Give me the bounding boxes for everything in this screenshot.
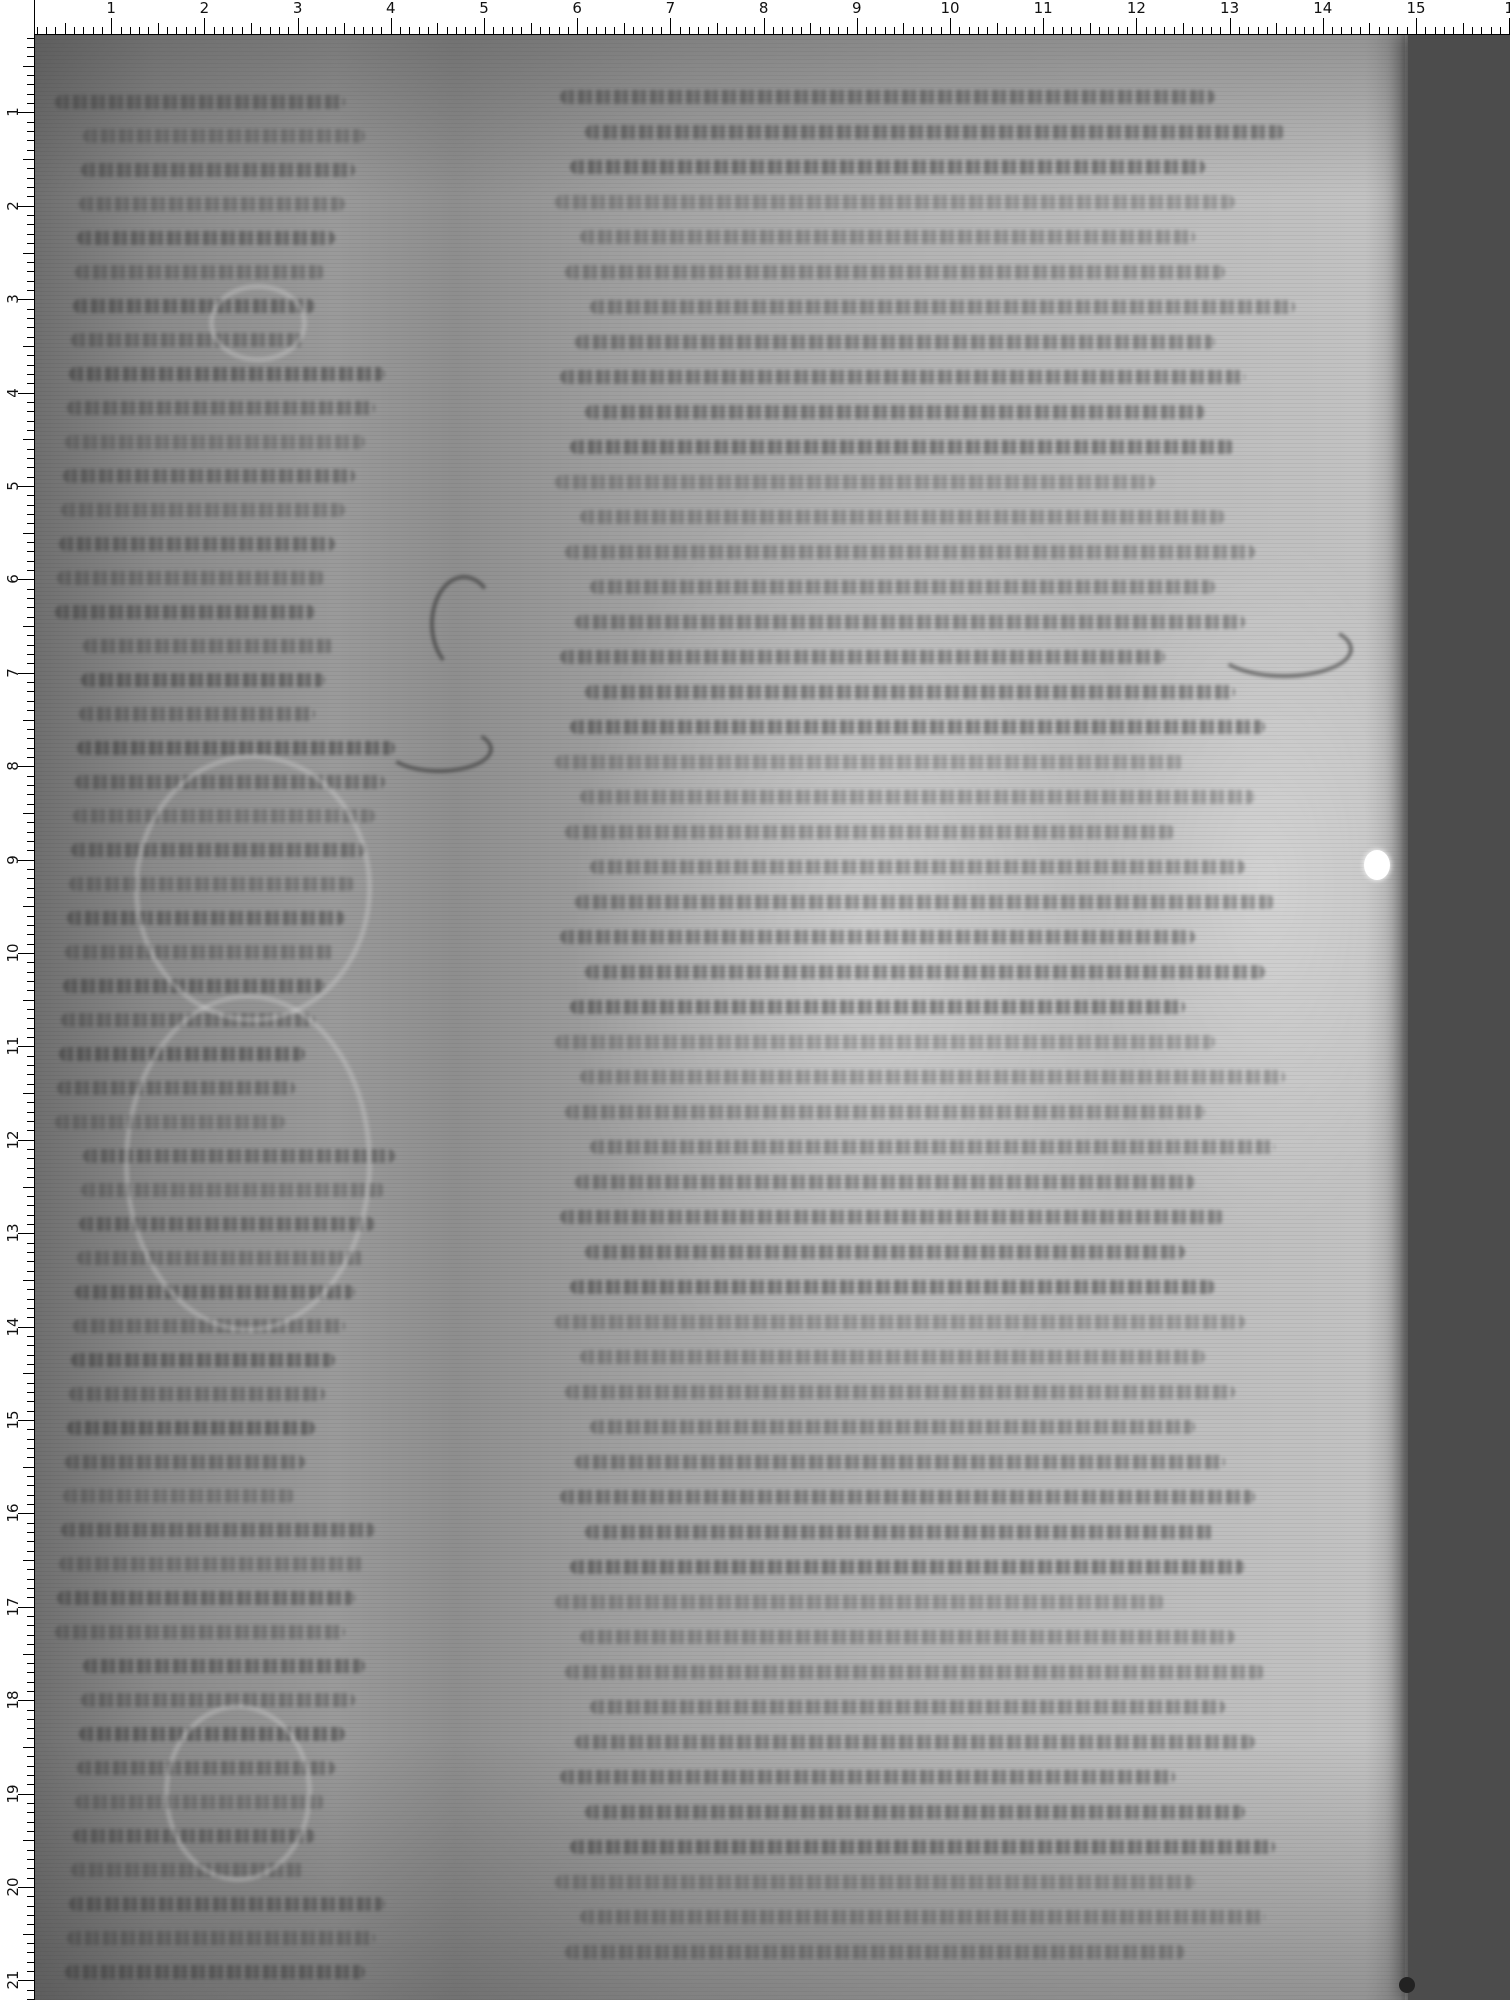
ruler-tick xyxy=(540,27,541,34)
handwritten-line xyxy=(570,440,1235,454)
ruler-tick xyxy=(1258,27,1259,34)
handwritten-line xyxy=(560,930,1195,944)
ruler-tick xyxy=(270,27,271,34)
handwritten-line xyxy=(57,1591,355,1605)
ruler-tick xyxy=(27,738,34,739)
ruler-tick xyxy=(1127,27,1128,34)
ruler-tick xyxy=(27,710,34,711)
ruler-tick xyxy=(27,1009,34,1010)
ruler-label: 4 xyxy=(5,382,21,404)
ruler-tick xyxy=(1034,27,1035,34)
handwritten-line xyxy=(575,615,1245,629)
ruler-tick xyxy=(782,27,783,34)
dark-dot-marker xyxy=(1399,1977,1415,1993)
ruler-tick xyxy=(27,38,34,39)
ruler-tick xyxy=(27,523,34,524)
ruler-tick xyxy=(866,27,867,34)
handwritten-line xyxy=(590,580,1215,594)
ruler-tick xyxy=(27,1065,34,1066)
ruler-tick xyxy=(27,262,34,263)
ruler-tick xyxy=(23,346,34,347)
ruler-tick xyxy=(27,1812,34,1813)
ruler-tick xyxy=(27,1728,34,1729)
ruler-tick xyxy=(242,27,243,34)
ruler-tick xyxy=(27,1485,34,1486)
ruler-tick xyxy=(23,813,34,814)
ruler-tick xyxy=(27,1448,34,1449)
ruler-tick xyxy=(23,1467,34,1468)
ruler-tick xyxy=(298,18,299,34)
ruler-tick xyxy=(27,75,34,76)
ruler-tick xyxy=(27,925,34,926)
ruler-tick xyxy=(680,27,681,34)
ruler-tick xyxy=(27,934,34,935)
ruler-tick xyxy=(1220,27,1221,34)
handwritten-line xyxy=(580,1350,1205,1364)
ruler-tick xyxy=(27,1261,34,1262)
ruler-tick xyxy=(27,94,34,95)
ruler-tick xyxy=(27,1822,34,1823)
ruler-tick xyxy=(27,1644,34,1645)
ruler-tick xyxy=(27,47,34,48)
ruler-tick xyxy=(27,402,34,403)
ruler-tick xyxy=(27,281,34,282)
ruler-tick xyxy=(130,27,131,34)
ruler-tick xyxy=(27,122,34,123)
ruler-tick xyxy=(1500,27,1501,34)
ruler-tick xyxy=(903,23,904,34)
ruler-tick xyxy=(493,27,494,34)
horizontal-ruler: 01234567891011121314151 xyxy=(0,0,1510,35)
ruler-tick xyxy=(27,140,34,141)
ruler-tick xyxy=(27,617,34,618)
ruler-tick xyxy=(27,654,34,655)
ruler-tick xyxy=(27,514,34,515)
handwritten-line xyxy=(555,1595,1165,1609)
handwritten-line xyxy=(570,1000,1185,1014)
handwritten-line xyxy=(77,231,335,245)
ruler-tick xyxy=(27,757,34,758)
handwritten-line xyxy=(585,685,1235,699)
ruler-tick xyxy=(260,27,261,34)
ruler-label: 11 xyxy=(1034,0,1053,16)
ruler-tick xyxy=(568,27,569,34)
ruler-tick xyxy=(1015,27,1016,34)
handwritten-line xyxy=(79,707,315,721)
ruler-tick xyxy=(27,1710,34,1711)
ruler-tick xyxy=(549,27,550,34)
ruler-tick xyxy=(195,27,196,34)
ruler-tick xyxy=(1491,27,1492,34)
ruler-tick xyxy=(1388,27,1389,34)
ruler-tick xyxy=(1286,27,1287,34)
ruler-tick xyxy=(1332,27,1333,34)
ruler-tick xyxy=(1369,23,1370,34)
handwritten-line xyxy=(575,1735,1255,1749)
ruler-tick xyxy=(1453,27,1454,34)
ruler-label: 1 xyxy=(1504,0,1510,16)
ruler-tick xyxy=(27,1878,34,1879)
ruler-tick xyxy=(176,27,177,34)
ruler-tick xyxy=(754,27,755,34)
handwritten-line xyxy=(81,673,325,687)
ruler-label: 11 xyxy=(5,1035,21,1057)
ruler-tick xyxy=(27,1756,34,1757)
handwritten-line xyxy=(83,639,335,653)
handwritten-line xyxy=(67,1421,315,1435)
ruler-tick xyxy=(27,337,34,338)
ruler-tick xyxy=(158,23,159,34)
ruler-tick xyxy=(1043,18,1044,34)
ruler-tick xyxy=(577,18,578,34)
ruler-label: 15 xyxy=(1406,0,1425,16)
ruler-label: 8 xyxy=(5,755,21,777)
ruler-tick xyxy=(27,729,34,730)
ruler-tick xyxy=(307,27,308,34)
ruler-tick xyxy=(587,27,588,34)
ghost-letterform-1 xyxy=(210,285,306,361)
ruler-tick xyxy=(27,645,34,646)
reflection-spot xyxy=(1364,850,1390,880)
ruler-tick xyxy=(745,27,746,34)
ruler-tick xyxy=(27,411,34,412)
ruler-tick xyxy=(456,27,457,34)
ruler-label: 16 xyxy=(5,1502,21,1524)
handwritten-line xyxy=(585,1245,1185,1259)
ruler-label: 2 xyxy=(200,0,210,16)
ruler-tick xyxy=(27,1803,34,1804)
ruler-tick xyxy=(23,1093,34,1094)
ruler-tick xyxy=(23,533,34,534)
ruler-tick xyxy=(372,27,373,34)
handwritten-line xyxy=(570,1560,1245,1574)
ruler-tick xyxy=(27,1551,34,1552)
handwritten-line xyxy=(585,405,1205,419)
ruler-tick xyxy=(27,290,34,291)
ruler-tick xyxy=(428,27,429,34)
ruler-tick xyxy=(801,27,802,34)
ruler-tick xyxy=(37,27,38,34)
ruler-tick xyxy=(23,1373,34,1374)
ruler-tick xyxy=(708,27,709,34)
ruler-tick xyxy=(23,159,34,160)
ruler-tick xyxy=(633,27,634,34)
ruler-tick xyxy=(27,561,34,562)
handwritten-line xyxy=(560,90,1215,104)
ruler-tick xyxy=(27,1532,34,1533)
ruler-tick xyxy=(1025,27,1026,34)
ghost-letterform-4 xyxy=(165,1705,311,1881)
ruler-tick xyxy=(1174,27,1175,34)
ruler-tick xyxy=(27,1383,34,1384)
ruler-tick xyxy=(27,1289,34,1290)
ruler-tick xyxy=(1425,27,1426,34)
handwritten-line xyxy=(560,1490,1255,1504)
ruler-tick xyxy=(27,1663,34,1664)
ruler-tick xyxy=(27,1439,34,1440)
ruler-tick xyxy=(27,981,34,982)
ruler-tick xyxy=(204,18,205,34)
ruler-label: 18 xyxy=(5,1689,21,1711)
manuscript-scan xyxy=(35,35,1510,2000)
ruler-tick xyxy=(792,27,793,34)
handwritten-line xyxy=(555,1875,1195,1889)
handwritten-line xyxy=(565,545,1255,559)
handwritten-line xyxy=(575,1175,1195,1189)
ruler-tick xyxy=(27,1345,34,1346)
ruler-tick xyxy=(23,439,34,440)
handwritten-line xyxy=(565,1665,1265,1679)
ruler-tick xyxy=(27,804,34,805)
ruler-tick xyxy=(1239,27,1240,34)
handwritten-line xyxy=(590,1420,1195,1434)
ruler-tick xyxy=(27,944,34,945)
ruler-tick xyxy=(23,1187,34,1188)
ruler-tick xyxy=(1323,18,1324,34)
ruler-tick xyxy=(27,1037,34,1038)
ruler-tick xyxy=(596,27,597,34)
ruler-tick xyxy=(27,1784,34,1785)
ruler-tick xyxy=(484,18,485,34)
ruler-tick xyxy=(27,1084,34,1085)
handwritten-line xyxy=(61,503,345,517)
ruler-tick xyxy=(381,27,382,34)
ruler-tick xyxy=(1006,27,1007,34)
ruler-tick xyxy=(27,1495,34,1496)
handwritten-line xyxy=(81,163,355,177)
ruler-tick xyxy=(987,27,988,34)
ruler-tick xyxy=(847,27,848,34)
ruler-tick xyxy=(23,1654,34,1655)
ruler-label: 10 xyxy=(940,0,959,16)
ghost-letterform-2 xyxy=(135,755,371,1021)
ruler-tick xyxy=(1444,27,1445,34)
handwritten-line xyxy=(570,720,1265,734)
handwritten-line xyxy=(55,95,345,109)
ruler-tick xyxy=(475,27,476,34)
ruler-tick xyxy=(1080,27,1081,34)
ruler-tick xyxy=(810,23,811,34)
ruler-tick xyxy=(27,1952,34,1953)
handwritten-line xyxy=(63,1489,295,1503)
ruler-tick xyxy=(102,27,103,34)
handwritten-line xyxy=(590,300,1295,314)
ruler-tick xyxy=(1183,23,1184,34)
flourish-left-rubric xyxy=(385,725,493,773)
ruler-tick xyxy=(978,27,979,34)
ruler-tick xyxy=(27,1196,34,1197)
ruler-tick xyxy=(27,551,34,552)
ruler-tick xyxy=(27,383,34,384)
handwritten-line xyxy=(75,265,325,279)
ruler-tick xyxy=(23,1000,34,1001)
ruler-tick xyxy=(1463,23,1464,34)
ruler-tick xyxy=(670,18,671,34)
handwritten-line xyxy=(590,1700,1225,1714)
ruler-tick xyxy=(1136,18,1137,34)
handwritten-line xyxy=(565,1385,1235,1399)
ruler-label: 20 xyxy=(5,1876,21,1898)
ruler-tick xyxy=(27,1252,34,1253)
handwritten-line xyxy=(590,1140,1275,1154)
ruler-tick xyxy=(1407,27,1408,34)
ruler-tick xyxy=(27,1859,34,1860)
handwritten-line xyxy=(565,1105,1205,1119)
handwritten-line xyxy=(59,537,335,551)
ruler-tick xyxy=(465,27,466,34)
ruler-tick xyxy=(559,27,560,34)
ruler-tick xyxy=(27,748,34,749)
handwritten-line xyxy=(555,1315,1245,1329)
ruler-tick xyxy=(1248,27,1249,34)
ruler-tick xyxy=(922,27,923,34)
ruler-tick xyxy=(27,1102,34,1103)
ruler-tick xyxy=(27,1130,34,1131)
ruler-label: 15 xyxy=(5,1409,21,1431)
ruler-tick xyxy=(27,1411,34,1412)
ruler-tick xyxy=(1146,27,1147,34)
ruler-tick xyxy=(27,916,34,917)
ruler-tick xyxy=(335,27,336,34)
ruler-label: 13 xyxy=(5,1222,21,1244)
ruler-corner xyxy=(0,0,34,34)
ruler-tick xyxy=(354,27,355,34)
ruler-tick xyxy=(27,663,34,664)
ruler-tick xyxy=(363,27,364,34)
ruler-tick xyxy=(27,150,34,151)
ruler-tick xyxy=(27,196,34,197)
ruler-tick xyxy=(23,66,34,67)
handwritten-line xyxy=(57,571,325,585)
ruler-tick xyxy=(838,27,839,34)
ruler-tick xyxy=(503,27,504,34)
ruler-tick xyxy=(27,1906,34,1907)
handwritten-line xyxy=(555,195,1235,209)
ruler-tick xyxy=(661,27,662,34)
ruler-tick xyxy=(437,23,438,34)
handwritten-line xyxy=(83,1659,365,1673)
ruler-tick xyxy=(1230,18,1231,34)
ruler-tick xyxy=(27,1775,34,1776)
ruler-tick xyxy=(531,23,532,34)
ruler-tick xyxy=(83,27,84,34)
ruler-label: 17 xyxy=(5,1596,21,1618)
ruler-tick xyxy=(1341,27,1342,34)
ruler-tick xyxy=(27,897,34,898)
ruler-tick xyxy=(1118,27,1119,34)
ruler-tick xyxy=(74,27,75,34)
ruler-label: 1 xyxy=(5,101,21,123)
ruler-tick xyxy=(27,1868,34,1869)
ruler-tick xyxy=(1313,27,1314,34)
ruler-tick xyxy=(27,1243,34,1244)
handwritten-line xyxy=(585,1525,1215,1539)
ruler-tick xyxy=(23,626,34,627)
ruler-tick xyxy=(316,27,317,34)
handwritten-line xyxy=(560,1210,1225,1224)
ruler-tick xyxy=(27,477,34,478)
ruler-label: 7 xyxy=(666,0,676,16)
ruler-tick xyxy=(27,1962,34,1963)
handwritten-line xyxy=(570,1840,1275,1854)
ruler-tick xyxy=(46,27,47,34)
ruler-tick xyxy=(1304,27,1305,34)
ruler-tick xyxy=(27,271,34,272)
flourish-right-rubric xyxy=(1215,620,1353,678)
ruler-tick xyxy=(27,1271,34,1272)
handwritten-line xyxy=(580,790,1255,804)
ruler-tick xyxy=(148,27,149,34)
ruler-label: 1 xyxy=(106,0,116,16)
handwritten-line xyxy=(590,860,1245,874)
ruler-tick xyxy=(950,18,951,34)
ruler-tick xyxy=(27,215,34,216)
ruler-tick xyxy=(23,720,34,721)
ruler-tick xyxy=(344,23,345,34)
ruler-tick xyxy=(279,27,280,34)
ruler-tick xyxy=(27,178,34,179)
ruler-label: 3 xyxy=(293,0,303,16)
ruler-tick xyxy=(885,27,886,34)
ruler-tick xyxy=(820,27,821,34)
ruler-tick xyxy=(55,27,56,34)
flourish-margin xyxy=(430,575,498,673)
handwritten-line xyxy=(71,1353,335,1367)
handwritten-line xyxy=(65,1965,365,1979)
ruler-tick xyxy=(27,1625,34,1626)
ruler-tick xyxy=(521,27,522,34)
handwritten-line xyxy=(65,1455,305,1469)
ruler-tick xyxy=(27,869,34,870)
ruler-tick xyxy=(1481,27,1482,34)
ruler-tick xyxy=(27,1915,34,1916)
ruler-tick xyxy=(27,365,34,366)
ruler-tick xyxy=(27,309,34,310)
ruler-tick xyxy=(27,327,34,328)
ruler-tick xyxy=(139,27,140,34)
ruler-tick xyxy=(27,1523,34,1524)
ruler-tick xyxy=(27,1971,34,1972)
ruler-label: 21 xyxy=(5,1969,21,1991)
ruler-tick xyxy=(27,1429,34,1430)
ruler-tick xyxy=(27,458,34,459)
ruler-tick xyxy=(1192,27,1193,34)
ruler-tick xyxy=(23,1747,34,1748)
handwritten-line xyxy=(580,510,1225,524)
ruler-tick xyxy=(27,1215,34,1216)
ruler-tick xyxy=(1379,27,1380,34)
ruler-tick xyxy=(27,878,34,879)
ruler-tick xyxy=(27,467,34,468)
ruler-tick xyxy=(27,888,34,889)
ruler-tick xyxy=(27,421,34,422)
ruler-tick xyxy=(27,1121,34,1122)
ruler-tick xyxy=(689,27,690,34)
ruler-tick xyxy=(27,785,34,786)
ruler-tick xyxy=(27,822,34,823)
ruler-tick xyxy=(27,1392,34,1393)
ruler-tick xyxy=(419,27,420,34)
handwritten-line xyxy=(55,605,315,619)
ruler-tick xyxy=(27,1401,34,1402)
ruler-tick xyxy=(27,103,34,104)
handwritten-line xyxy=(81,1693,355,1707)
ruler-tick xyxy=(93,27,94,34)
ruler-tick xyxy=(251,23,252,34)
ruler-tick xyxy=(1062,27,1063,34)
ruler-tick xyxy=(1360,27,1361,34)
ruler-label: 3 xyxy=(5,288,21,310)
